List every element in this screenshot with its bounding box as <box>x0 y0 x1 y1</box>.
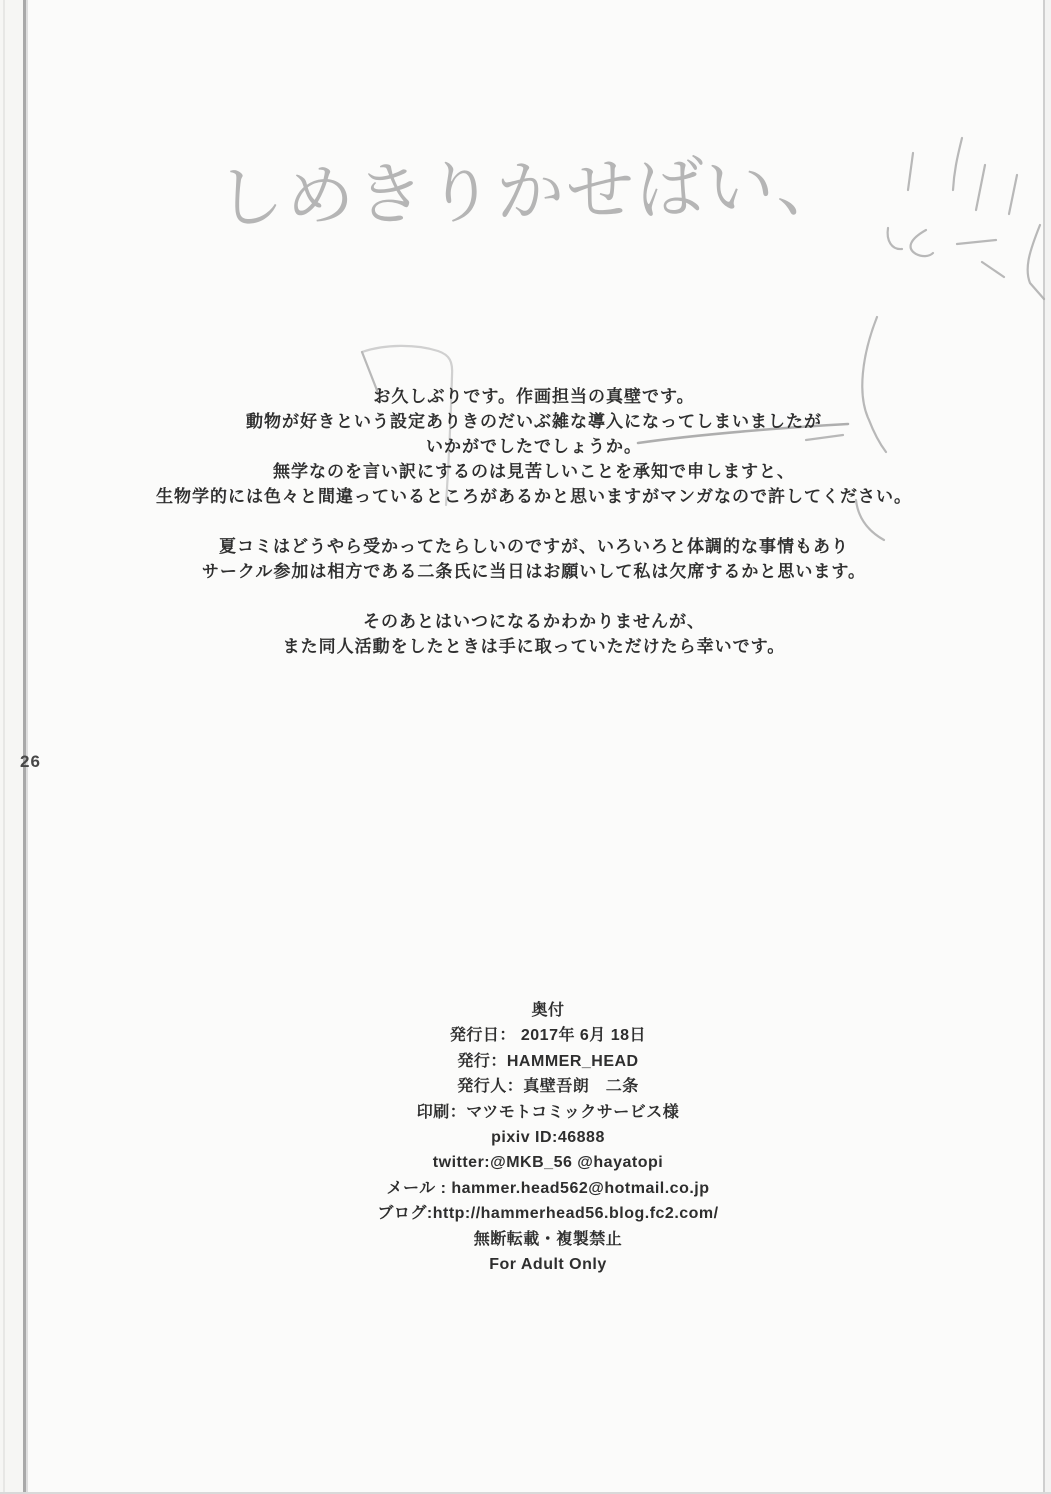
afterword-line: 夏コミはどうやら受かってたらしいのですが、いろいろと体調的な事情もあり <box>25 534 1043 559</box>
colophon-line-adult-only: For Adult Only <box>53 1252 1043 1277</box>
afterword-line: 動物が好きという設定ありきのだいぶ雑な導入になってしまいましたが <box>25 409 1043 434</box>
colophon-line-pixiv-id: pixiv ID:46888 <box>53 1125 1043 1150</box>
colophon: 奥付 発行日： 2017年 6月 18日 発行：HAMMER_HEAD 発行人：… <box>25 998 1043 1277</box>
afterword-line: サークル参加は相方である二条氏に当日はお願いして私は欠席するかと思います。 <box>25 559 1043 584</box>
colophon-line-publish-date: 発行日： 2017年 6月 18日 <box>53 1023 1043 1048</box>
colophon-line-no-reproduction: 無断転載・複製禁止 <box>53 1227 1043 1252</box>
colophon-title: 奥付 <box>53 998 1043 1023</box>
afterword-line: お久しぶりです。作画担当の真壁です。 <box>25 384 1043 409</box>
colophon-line-printer: 印刷：マツモトコミックサービス様 <box>53 1100 1043 1125</box>
afterword-text: お久しぶりです。作画担当の真壁です。 動物が好きという設定ありきのだいぶ雑な導入… <box>25 384 1043 684</box>
pencil-hook-icon <box>888 228 902 249</box>
colophon-line-twitter: twitter:@MKB_56 @hayatopi <box>53 1150 1043 1175</box>
page-number: 26 <box>20 752 41 772</box>
afterword-line: また同人活動をしたときは手に取っていただけたら幸いです。 <box>25 634 1043 659</box>
scan-right-margin <box>1045 0 1051 1494</box>
pencil-dash-icon <box>957 240 996 244</box>
afterword-line: そのあとはいつになるかわかりませんが、 <box>25 609 1043 634</box>
afterword-line: 生物学的には色々と間違っているところがあるかと思いますがマンガなので許してくださ… <box>25 484 1043 509</box>
colophon-line-blog-url: ブログ:http://hammerhead56.blog.fc2.com/ <box>53 1201 1043 1226</box>
pencil-dash-icon <box>982 262 1004 277</box>
afterword-paragraph: お久しぶりです。作画担当の真壁です。 動物が好きという設定ありきのだいぶ雑な導入… <box>25 384 1043 509</box>
colophon-line-email: メール : hammer.head562@hotmail.co.jp <box>53 1176 1043 1201</box>
scan-left-faint-line <box>3 0 5 1494</box>
afterword-line: 無学なのを言い訳にするのは見苦しいことを承知で申しますと、 <box>25 459 1043 484</box>
handwritten-note: しめきりかせばい、 <box>215 131 847 241</box>
pencil-bent-stroke-icon <box>1028 225 1044 299</box>
pencil-slash-icon <box>908 153 913 190</box>
afterword-paragraph: そのあとはいつになるかわかりませんが、 また同人活動をしたときは手に取っていただ… <box>25 609 1043 659</box>
pencil-slash-icon <box>976 165 985 210</box>
afterword-line: いかがでしたでしょうか。 <box>25 434 1043 459</box>
colophon-line-publisher: 発行：HAMMER_HEAD <box>53 1049 1043 1074</box>
afterword-paragraph: 夏コミはどうやら受かってたらしいのですが、いろいろと体調的な事情もあり サークル… <box>25 534 1043 584</box>
scanned-page: しめきりかせばい、 お久しぶり <box>0 0 1051 1494</box>
pencil-slash-icon <box>953 138 962 190</box>
pencil-slash-icon <box>1009 175 1017 214</box>
pencil-hook-icon <box>911 230 933 256</box>
colophon-line-publisher-person: 発行人：真壁吾朗 二条 <box>53 1074 1043 1099</box>
